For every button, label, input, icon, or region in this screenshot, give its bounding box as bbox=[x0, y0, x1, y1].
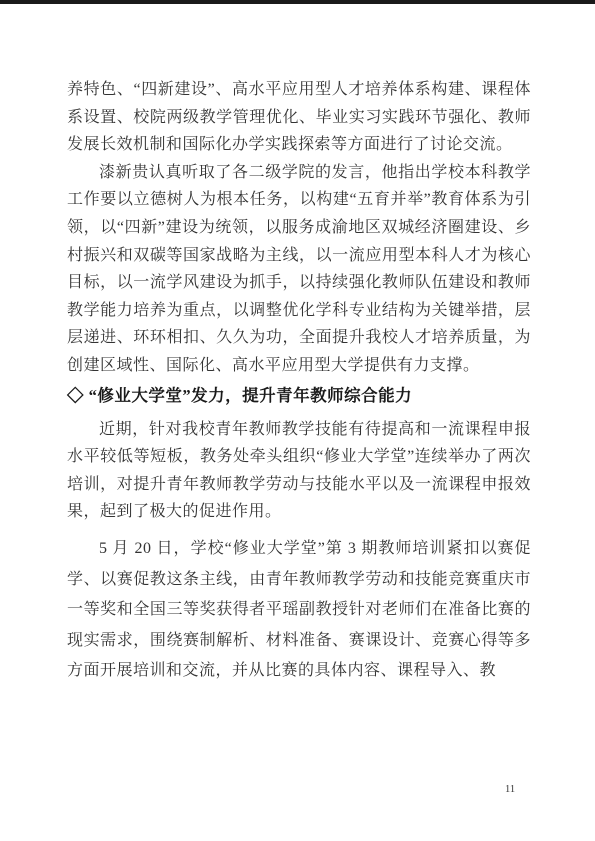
paragraph: 漆新贵认真听取了各二级学院的发言，他指出学校本科教学工作要以立德树人为根本任务，… bbox=[67, 159, 531, 380]
document-content: 养特色、“四新建设”、高水平应用型人才培养体系构建、课程体系设置、校院两级教学管… bbox=[67, 76, 531, 687]
paragraph-continuation: 养特色、“四新建设”、高水平应用型人才培养体系构建、课程体系设置、校院两级教学管… bbox=[67, 76, 531, 159]
page-number: 11 bbox=[505, 784, 515, 795]
paragraph: 近期，针对我校青年教师教学技能有待提高和一流课程申报水平较低等短板，教务处牵头组… bbox=[67, 416, 531, 526]
page-top-edge bbox=[0, 0, 595, 4]
paragraph: 5 月 20 日，学校“修业大学堂”第 3 期教师培训紧扣以赛促学、以赛促教这条… bbox=[67, 534, 531, 687]
section-heading: ◇ “修业大学堂”发力，提升青年教师综合能力 bbox=[67, 383, 531, 409]
document-page: 养特色、“四新建设”、高水平应用型人才培养体系构建、课程体系设置、校院两级教学管… bbox=[0, 0, 595, 841]
